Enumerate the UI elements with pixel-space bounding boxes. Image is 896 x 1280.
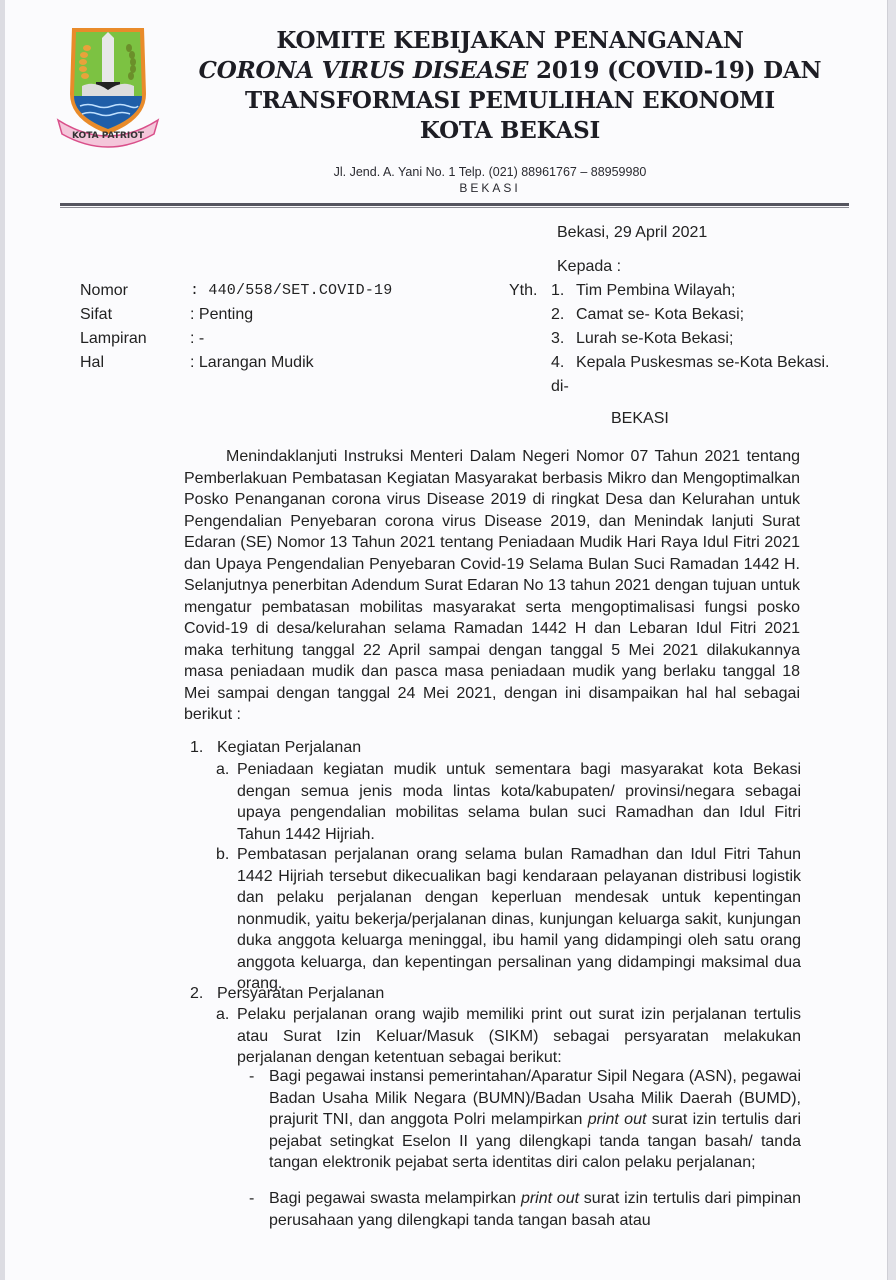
letter-meta: Nomor : 440/558/SET.COVID-19 Sifat : Pen…: [80, 279, 392, 375]
section-1-item-b: b. Pembatasan perjalanan orang selama bu…: [216, 844, 801, 995]
letterhead-title: KOMITE KEBIJAKAN PENANGANAN CORONA VIRUS…: [180, 26, 840, 146]
section-2-heading: 2.Persyaratan Perjalanan: [190, 983, 800, 1005]
letterhead-divider-thin: [60, 207, 849, 208]
kepada-label: Kepada :: [557, 258, 621, 276]
section-1-heading: 1.Kegiatan Perjalanan: [190, 737, 800, 759]
page-edge-right: [887, 0, 896, 1280]
section-2-item-a: a. Pelaku perjalanan orang wajib memilik…: [216, 1004, 801, 1069]
svg-text:KOTA PATRIOT: KOTA PATRIOT: [72, 131, 145, 141]
intro-paragraph: Menindaklanjuti Instruksi Menteri Dalam …: [184, 446, 800, 726]
title-line-4: KOTA BEKASI: [180, 116, 840, 146]
meta-row-hal: Hal : Larangan Mudik: [80, 351, 392, 375]
section-2-bullet-1: - Bagi pegawai instansi pemerintahan/Apa…: [249, 1066, 801, 1174]
recipient-item: Yth. 1. Tim Pembina Wilayah;: [509, 279, 829, 303]
meta-value: : -: [190, 327, 204, 351]
letter-body: Menindaklanjuti Instruksi Menteri Dalam …: [184, 446, 800, 726]
recipient-list: Yth. 1. Tim Pembina Wilayah; 2. Camat se…: [509, 279, 829, 431]
letter-date: Bekasi, 29 April 2021: [557, 224, 707, 242]
meta-row-sifat: Sifat : Penting: [80, 303, 392, 327]
destination-city: BEKASI: [509, 407, 829, 431]
meta-label: Sifat: [80, 303, 190, 327]
letterhead-divider: [60, 203, 849, 206]
di-label: di-: [509, 375, 829, 399]
page-edge-left: [0, 0, 5, 1280]
meta-value: : Larangan Mudik: [190, 351, 314, 375]
title-line-3: TRANSFORMASI PEMULIHAN EKONOMI: [180, 86, 840, 116]
meta-row-lampiran: Lampiran : -: [80, 327, 392, 351]
title-line-1: KOMITE KEBIJAKAN PENANGANAN: [180, 26, 840, 56]
letterhead-address: Jl. Jend. A. Yani No. 1 Telp. (021) 8896…: [200, 164, 780, 196]
meta-label: Hal: [80, 351, 190, 375]
meta-value: : Penting: [190, 303, 253, 327]
kota-bekasi-emblem-icon: KOTA PATRIOT: [54, 24, 162, 150]
address-line: Jl. Jend. A. Yani No. 1 Telp. (021) 8896…: [200, 164, 780, 180]
recipient-item: 2. Camat se- Kota Bekasi;: [509, 303, 829, 327]
meta-row-nomor: Nomor : 440/558/SET.COVID-19: [80, 279, 392, 303]
section-1-item-a: a. Peniadaan kegiatan mudik untuk sement…: [216, 759, 801, 845]
address-city: BEKASI: [200, 180, 780, 196]
title-line-2: CORONA VIRUS DISEASE 2019 (COVID-19) DAN: [180, 56, 840, 86]
yth-label: Yth.: [509, 279, 551, 303]
meta-value: : 440/558/SET.COVID-19: [190, 279, 392, 303]
meta-label: Nomor: [80, 279, 190, 303]
recipient-item: 4. Kepala Puskesmas se-Kota Bekasi.: [509, 351, 829, 375]
section-2-bullet-2: - Bagi pegawai swasta melampirkan print …: [249, 1188, 801, 1231]
meta-label: Lampiran: [80, 327, 190, 351]
recipient-item: 3. Lurah se-Kota Bekasi;: [509, 327, 829, 351]
